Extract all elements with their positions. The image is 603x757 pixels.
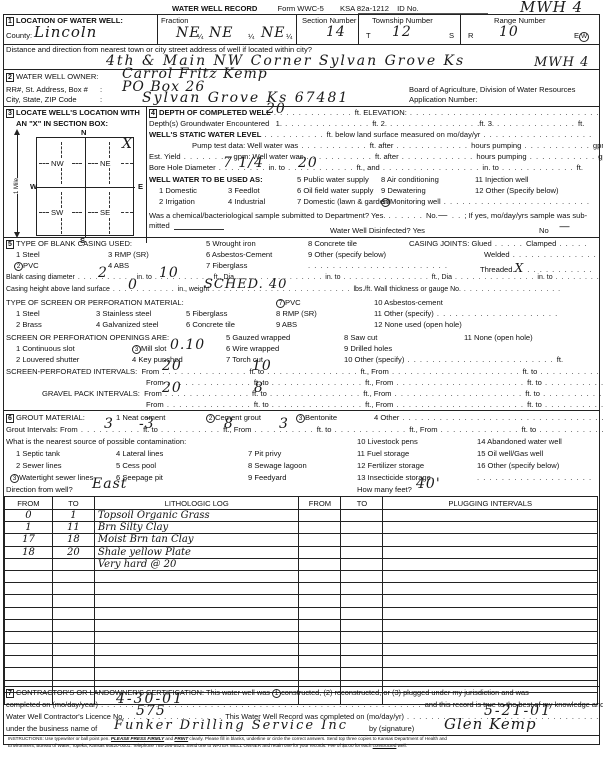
disinfected-mark[interactable]: — xyxy=(559,220,571,233)
cell-plug-from[interactable] xyxy=(299,644,341,656)
ne-label: NE xyxy=(100,159,111,168)
arrow-up-icon xyxy=(14,129,20,135)
contamination-option-selected[interactable]: 3Watertight sewer lines xyxy=(10,473,93,483)
header-lithologic-log: LITHOLOGIC LOG xyxy=(94,497,299,510)
casing-option[interactable]: 3 RMP (SR) xyxy=(108,250,149,259)
blank-dia-row: Blank casing diameter . . . . . . . . . … xyxy=(6,274,603,281)
bore-in-to: in. to xyxy=(269,163,285,172)
divider xyxy=(4,106,599,107)
table-row xyxy=(5,619,598,631)
depth-label: DEPTH OF COMPLETED WELL xyxy=(159,108,271,117)
selected-circle: 7 xyxy=(276,299,285,308)
range-west-circled: W xyxy=(579,32,589,42)
cell-plug-to[interactable] xyxy=(341,656,383,668)
header-from: FROM xyxy=(5,497,53,510)
use-option[interactable]: 6 Oil field water supply xyxy=(297,186,373,195)
hours-pumping: hours pumping xyxy=(476,152,526,161)
cell-plug-to[interactable] xyxy=(341,558,383,570)
cell-from[interactable] xyxy=(5,570,53,582)
cell-plug-from[interactable] xyxy=(299,631,341,643)
fraction-value-3[interactable]: NE xyxy=(261,25,285,41)
cell-desc[interactable]: Moist Brn tan Clay xyxy=(94,534,299,546)
cell-from[interactable] xyxy=(5,558,53,570)
cell-plug-interval[interactable] xyxy=(383,668,598,680)
cell-plug-interval[interactable] xyxy=(383,534,598,546)
contamination-option[interactable]: 16 Other (specify below) xyxy=(477,461,559,470)
cell-from[interactable]: 17 xyxy=(5,534,53,546)
ft-to: ft. to xyxy=(527,400,542,409)
section-number-value[interactable]: 14 xyxy=(326,24,346,40)
gravel-to-value[interactable]: 8 xyxy=(254,380,264,396)
cell-plug-to[interactable] xyxy=(341,534,383,546)
selected-circle: 3 xyxy=(296,414,305,423)
threaded-mark[interactable]: X xyxy=(515,261,525,275)
dash xyxy=(121,212,133,213)
cell-plug-from[interactable] xyxy=(299,534,341,546)
opening-other: 10 Other (specify) xyxy=(344,355,404,364)
screen-option[interactable]: 2 Brass xyxy=(16,320,42,329)
casing-option[interactable]: 8 Concrete tile xyxy=(308,239,357,248)
cell-plug-from[interactable] xyxy=(299,595,341,607)
cell-desc[interactable]: Brn Silty Clay xyxy=(94,522,299,534)
quarter-symbol: ¼ xyxy=(248,32,254,41)
contamination-option[interactable]: 14 Abandoned water well xyxy=(477,437,562,446)
use-option[interactable]: 7 Domestic (lawn & garden) xyxy=(297,197,391,206)
cell-plug-from[interactable] xyxy=(299,570,341,582)
sample-row: Was a chemical/bacteriological sample su… xyxy=(149,210,587,221)
screen-to-value[interactable]: 10 xyxy=(252,358,272,374)
pump-label: Pump test data: Well water was xyxy=(192,141,298,150)
ft-to: ft. to xyxy=(254,400,269,409)
cell-plug-interval[interactable] xyxy=(383,510,598,522)
cell-to[interactable]: 20 xyxy=(52,546,94,558)
selected-circle: 2 xyxy=(14,262,23,271)
bore-label: Bore Hole Diameter xyxy=(149,163,216,172)
disinfected-label: Water Well Disinfected? Yes xyxy=(330,226,425,235)
opening-option[interactable]: 11 None (open hole) xyxy=(464,333,533,342)
sample-label: Was a chemical/bacteriological sample su… xyxy=(149,211,386,220)
blank-diameter-value[interactable]: 2 xyxy=(98,265,108,281)
address-label: RR#, St. Address, Box # xyxy=(6,85,88,94)
cell-desc[interactable]: Topsoil Organic Grass xyxy=(94,510,299,522)
gw-3: .ft. 3. xyxy=(477,119,494,128)
use-option[interactable]: 8 Air conditioning xyxy=(381,175,439,184)
cell-from[interactable] xyxy=(5,595,53,607)
welded: Welded xyxy=(484,250,510,259)
cell-from[interactable]: 1 xyxy=(5,522,53,534)
bore-ft-and: ft., and xyxy=(357,163,380,172)
instr-emphasis: PRINT xyxy=(174,736,188,741)
dash xyxy=(109,192,110,208)
hours-pumping: hours pumping xyxy=(471,141,521,150)
east-label: E xyxy=(138,182,143,191)
gw-2: ft. 2. xyxy=(372,119,387,128)
other-specify-dots: . . . . . . . . . . . . . . . . . . . xyxy=(477,473,592,482)
range-value[interactable]: 10 xyxy=(499,24,519,40)
distance-id: MWH 4 xyxy=(534,55,589,70)
screen-from-value[interactable]: 20 xyxy=(162,358,182,374)
section-number: 2 xyxy=(6,73,14,82)
sample-no-mark[interactable]: — xyxy=(438,210,449,221)
ft-from: ft., From xyxy=(361,367,389,376)
grout-from-2[interactable]: 8 xyxy=(224,416,234,432)
owner-label: 2WATER WELL OWNER: xyxy=(6,72,98,82)
static-rest: ft. below land surface measured on mo/da… xyxy=(327,130,481,139)
cell-to[interactable] xyxy=(52,583,94,595)
blank-dia-label: Blank casing diameter xyxy=(6,274,75,281)
blank-casing-title: 5TYPE OF BLANK CASING USED: xyxy=(6,239,132,249)
cell-from[interactable]: 18 xyxy=(5,546,53,558)
cell-from[interactable] xyxy=(5,644,53,656)
table-row xyxy=(5,656,598,668)
casing-pvc: PVC xyxy=(23,261,39,270)
static-row: WELL'S STATIC WATER LEVEL . . . . . . . … xyxy=(149,130,592,139)
contamination-option[interactable]: 10 Livestock pens xyxy=(357,437,418,446)
feet-value[interactable]: 40' xyxy=(416,476,441,492)
blank-casing-label: TYPE OF BLANK CASING USED: xyxy=(16,239,132,248)
divider xyxy=(146,106,147,243)
instructions-line-1: INSTRUCTIONS: Use typewriter or ball poi… xyxy=(8,736,447,741)
table-row xyxy=(5,570,598,582)
signature-value[interactable]: Glen Kemp xyxy=(444,715,537,733)
cell-plug-interval[interactable] xyxy=(383,558,598,570)
cell-plug-to[interactable] xyxy=(341,631,383,643)
grout-to-2[interactable]: 3 xyxy=(279,416,289,432)
opening-option[interactable]: 2 Louvered shutter xyxy=(16,355,79,364)
cell-desc[interactable] xyxy=(94,570,299,582)
screen-option[interactable]: 8 RMP (SR) xyxy=(276,309,317,318)
depth-row: 4DEPTH OF COMPLETED WELL . . . . . . . .… xyxy=(149,108,603,118)
cell-plug-to[interactable] xyxy=(341,570,383,582)
cell-plug-from[interactable] xyxy=(299,619,341,631)
fraction-value-2[interactable]: NE xyxy=(209,25,233,41)
cell-desc[interactable] xyxy=(94,656,299,668)
cell-to[interactable]: 18 xyxy=(52,534,94,546)
cell-plug-from[interactable] xyxy=(299,546,341,558)
blank-to-value[interactable]: 10 xyxy=(159,265,179,281)
direction-value[interactable]: East xyxy=(92,476,127,492)
cell-desc[interactable] xyxy=(94,583,299,595)
cell-desc[interactable] xyxy=(94,631,299,643)
screen-option[interactable]: 9 ABS xyxy=(276,320,297,329)
certification-row: 7CONTRACTOR'S OR LANDOWNER'S CERTIFICATI… xyxy=(6,688,529,698)
ft-to: ft. to xyxy=(525,389,540,398)
screen-option[interactable]: 1 Steel xyxy=(16,309,40,318)
divider xyxy=(4,686,599,687)
joints-label: CASING JOINTS: Glued xyxy=(409,239,492,248)
sample-mitted: mitted xyxy=(149,221,170,230)
casing-option[interactable]: 7 Fiberglass xyxy=(206,261,247,270)
cell-plug-to[interactable] xyxy=(341,583,383,595)
cell-plug-interval[interactable] xyxy=(383,522,598,534)
cell-to[interactable] xyxy=(52,631,94,643)
cell-from[interactable] xyxy=(5,607,53,619)
table-row: Very hard @ 20 xyxy=(5,558,598,570)
form-number: Form WWC-5 xyxy=(277,4,323,13)
mile-label: 1 Mile xyxy=(14,178,20,194)
cell-desc[interactable]: Shale yellow Plate xyxy=(94,546,299,558)
cell-from[interactable] xyxy=(5,631,53,643)
cell-plug-interval[interactable] xyxy=(383,595,598,607)
contamination-option[interactable]: 9 Feedyard xyxy=(248,473,286,482)
section3-label2: AN "X" IN SECTION BOX: xyxy=(16,119,108,128)
screen-option[interactable]: 3 Stainless steel xyxy=(96,309,151,318)
screen-option[interactable]: 10 Asbestos-cement xyxy=(374,298,443,307)
selected-circle: 10 xyxy=(381,198,390,207)
use-option-selected[interactable]: 10Monitoring well . . . . . . . . . . . … xyxy=(381,197,590,207)
divider xyxy=(296,15,297,44)
cell-plug-interval[interactable] xyxy=(383,644,598,656)
licence-number-value[interactable]: 575 xyxy=(136,703,166,719)
bore-depth-value[interactable]: 20 xyxy=(298,155,318,171)
instr-emphasis: constructed xyxy=(373,743,397,748)
use-option[interactable]: 12 Other (Specify below) xyxy=(475,186,559,195)
cell-to[interactable] xyxy=(52,668,94,680)
table-row xyxy=(5,583,598,595)
west-label: W xyxy=(30,182,37,191)
dash xyxy=(72,163,82,164)
grout-from-1[interactable]: 3 xyxy=(104,416,114,432)
cell-plug-interval[interactable] xyxy=(383,619,598,631)
cell-plug-to[interactable] xyxy=(341,510,383,522)
groundwater-row: Depth(s) Groundwater Encountered 1. . . … xyxy=(149,119,584,128)
gpm: gpm xyxy=(598,152,603,161)
elevation-label: ft. ELEVATION: xyxy=(355,108,407,117)
header-plugging-intervals: PLUGGING INTERVALS xyxy=(383,497,598,510)
watertight-sewer-lines: Watertight sewer lines xyxy=(19,473,93,482)
threaded-row: Threaded.X . . . . . . . . . . . xyxy=(480,261,593,275)
table-row: 1820Shale yellow Plate xyxy=(5,546,598,558)
bore-diameter-value[interactable]: 7 1/4 xyxy=(223,155,264,171)
constructed-circle[interactable]: 1 xyxy=(272,689,281,698)
cell-plug-interval[interactable] xyxy=(383,583,598,595)
cell-plug-to[interactable] xyxy=(341,595,383,607)
feet-label: How many feet? xyxy=(357,485,412,494)
from: From xyxy=(141,367,159,376)
depth-value[interactable]: 20 xyxy=(266,101,286,117)
section-number: 3 xyxy=(6,109,14,118)
opening-option[interactable]: 8 Saw cut xyxy=(344,333,377,342)
disinfected-no: No xyxy=(539,226,549,235)
cell-desc[interactable] xyxy=(94,668,299,680)
contamination-option[interactable]: 4 Lateral lines xyxy=(116,449,163,458)
casing-option[interactable]: 4 ABS xyxy=(108,261,129,270)
ft-from: ft., From xyxy=(365,400,393,409)
ft-dia: ft., Dia xyxy=(432,274,452,281)
north-label: N xyxy=(81,128,86,137)
fraction-label: Fraction xyxy=(161,16,188,25)
gravel-from-value[interactable]: 20 xyxy=(162,380,182,396)
dash xyxy=(61,192,62,208)
section-number: 5 xyxy=(6,240,14,249)
section-box[interactable]: NW NE SW SE X xyxy=(36,137,134,236)
grout-option-selected[interactable]: 3Bentonite xyxy=(296,413,337,423)
use-option[interactable]: 2 Irrigation xyxy=(159,197,195,206)
business-name-value[interactable]: Funker Drilling Service Inc xyxy=(114,718,348,733)
grout-to-1[interactable]: -3 xyxy=(139,416,155,432)
cell-plug-to[interactable] xyxy=(341,522,383,534)
cell-from[interactable] xyxy=(5,668,53,680)
county-value[interactable]: Lincoln xyxy=(34,23,97,41)
cell-to[interactable] xyxy=(52,619,94,631)
cell-to[interactable] xyxy=(52,558,94,570)
from: From xyxy=(144,389,162,398)
screen-other: 11 Other (specify) xyxy=(374,309,434,318)
from: From xyxy=(146,400,164,409)
cell-plug-to[interactable] xyxy=(341,644,383,656)
cell-to[interactable] xyxy=(52,570,94,582)
form-title: WATER WELL RECORD Form WWC-5 KSA 82a-121… xyxy=(172,4,419,13)
bentonite: Bentonite xyxy=(305,413,337,422)
cell-desc[interactable] xyxy=(94,607,299,619)
cell-plug-from[interactable] xyxy=(299,558,341,570)
contamination-option[interactable]: 5 Cess pool xyxy=(116,461,156,470)
cell-plug-from[interactable] xyxy=(299,522,341,534)
cell-from[interactable] xyxy=(5,656,53,668)
screen-option-selected[interactable]: 7PVC xyxy=(276,298,301,308)
divider xyxy=(37,187,135,188)
underline xyxy=(174,229,224,230)
contamination-option[interactable]: 2 Sewer lines xyxy=(16,461,62,470)
business-label: under the business name of xyxy=(6,724,97,733)
grout-intervals-row: Grout Intervals: From . . . . . . . . . … xyxy=(6,425,603,434)
use-option[interactable]: 4 Industrial xyxy=(228,197,265,206)
cell-plug-to[interactable] xyxy=(341,619,383,631)
table-row xyxy=(5,607,598,619)
casing-option[interactable]: 9 Other (specify below) xyxy=(308,250,386,259)
township-value[interactable]: 12 xyxy=(392,24,412,40)
form-title-text: WATER WELL RECORD xyxy=(172,4,257,13)
table-row: 1718Moist Brn tan Clay xyxy=(5,534,598,546)
cell-plug-from[interactable] xyxy=(299,583,341,595)
contamination-option[interactable]: 1 Septic tank xyxy=(16,449,60,458)
threaded: Threaded. xyxy=(480,265,515,274)
cell-from[interactable]: 0 xyxy=(5,510,53,522)
cell-plug-to[interactable] xyxy=(341,668,383,680)
cell-desc[interactable]: Very hard @ 20 xyxy=(94,558,299,570)
cell-desc[interactable] xyxy=(94,619,299,631)
cell-plug-interval[interactable] xyxy=(383,656,598,668)
screen-option[interactable]: 6 Concrete tile xyxy=(186,320,235,329)
cell-to[interactable] xyxy=(52,595,94,607)
wall-label: lbs./ft. Wall thickness or gauge No. xyxy=(353,286,461,293)
in-to: in. to xyxy=(537,274,552,281)
bore-in-to-2: in. to xyxy=(482,163,498,172)
sample-rest: ; If yes, mo/day/yrs sample was sub- xyxy=(464,211,587,220)
cell-plug-to[interactable] xyxy=(341,546,383,558)
cell-desc[interactable] xyxy=(94,644,299,656)
casing-option[interactable]: 1 Steel xyxy=(16,250,40,259)
gw-end: ft. xyxy=(578,119,584,128)
dash xyxy=(88,163,98,164)
board-label: Board of Agriculture, Division of Water … xyxy=(409,85,575,94)
casing-option[interactable]: 5 Wrought iron xyxy=(206,239,256,248)
pump-row: Pump test data: Well water was . . . . .… xyxy=(192,141,603,150)
cell-plug-from[interactable] xyxy=(299,668,341,680)
contamination-label: What is the nearest source of possible c… xyxy=(6,437,186,446)
cell-plug-to[interactable] xyxy=(341,607,383,619)
casing-option[interactable]: 6 Asbestos-Cement xyxy=(206,250,272,259)
cell-to[interactable]: 11 xyxy=(52,522,94,534)
cell-to[interactable] xyxy=(52,644,94,656)
cell-plug-from[interactable] xyxy=(299,510,341,522)
bore-row: Bore Hole Diameter . . . . . . . . in. t… xyxy=(149,163,583,172)
cell-plug-interval[interactable] xyxy=(383,631,598,643)
cell-to[interactable] xyxy=(52,656,94,668)
cell-desc[interactable] xyxy=(94,595,299,607)
use-option[interactable]: 11 Injection well xyxy=(475,175,528,184)
section-number: 4 xyxy=(149,109,157,118)
screen-option[interactable]: 4 Galvanized steel xyxy=(96,320,158,329)
dash xyxy=(61,168,62,184)
cell-plug-interval[interactable] xyxy=(383,570,598,582)
opening-option[interactable]: 6 Wire wrapped xyxy=(226,344,279,353)
screen-option[interactable]: 5 Fiberglass xyxy=(186,309,227,318)
grout-other-row[interactable]: 4 Other . . . . . . . . . . . . . . . . … xyxy=(374,413,603,422)
range-direction[interactable]: EW xyxy=(574,31,589,42)
opening-other-row[interactable]: 10 Other (specify) . . . . . . . . . . .… xyxy=(344,355,563,364)
opening-option[interactable]: 9 Drilled holes xyxy=(344,344,392,353)
cell-plug-interval[interactable] xyxy=(383,546,598,558)
bore-ft: ft. xyxy=(577,163,583,172)
instr-text: INSTRUCTIONS: Use typewriter or ball poi… xyxy=(8,736,111,741)
cell-plug-interval[interactable] xyxy=(383,607,598,619)
opening-option[interactable]: 5 Gauzed wrapped xyxy=(226,333,290,342)
direction-label: Direction from well? xyxy=(6,485,73,494)
openings-label: SCREEN OR PERFORATION OPENINGS ARE: xyxy=(6,333,169,342)
opening-option-selected[interactable]: 3Mill slot xyxy=(132,344,166,354)
contamination-option[interactable]: 12 Fertilizer storage xyxy=(357,461,424,470)
other-specify-dots: . . . . . . . . . . . . . . . . . . . . … xyxy=(308,261,448,270)
contamination-option[interactable]: 15 Oil well/Gas well xyxy=(477,449,543,458)
use-option[interactable]: 1 Domestic xyxy=(159,186,197,195)
cell-to[interactable] xyxy=(52,607,94,619)
in-to: in. to xyxy=(137,274,152,281)
screen-option[interactable]: 12 None used (open hole) xyxy=(374,320,462,329)
divider xyxy=(157,15,158,44)
township-prefix: T xyxy=(366,31,371,40)
city-value[interactable]: Sylvan Grove Ks 67481 xyxy=(142,90,349,106)
contamination-option[interactable]: 7 Pit privy xyxy=(248,449,281,458)
cell-to[interactable]: 1 xyxy=(52,510,94,522)
casing-height-value[interactable]: 0 xyxy=(128,277,138,293)
cell-from[interactable] xyxy=(5,583,53,595)
screen-material-label: TYPE OF SCREEN OR PERFORATION MATERIAL: xyxy=(6,298,184,307)
instr-text: Environment, Bureau of Water, Topeka, Ka… xyxy=(8,743,373,748)
cell-plug-from[interactable] xyxy=(299,607,341,619)
casing-weight-value[interactable]: SCHED. 40 xyxy=(204,277,287,292)
use-option[interactable]: 3 Feedlot xyxy=(228,186,260,195)
cert-text-2: constructed, (2) reconstructed, or (3) p… xyxy=(281,688,529,697)
table-row xyxy=(5,668,598,680)
contamination-option[interactable]: 8 Sewage lagoon xyxy=(248,461,307,470)
mill-slot-value[interactable]: 0.10 xyxy=(170,337,205,353)
casing-option-selected[interactable]: 2PVC xyxy=(14,261,39,271)
screen-other-row[interactable]: 11 Other (specify) . . . . . . . . . . .… xyxy=(374,309,558,318)
ft-to: ft. to xyxy=(527,378,542,387)
divider xyxy=(460,15,461,44)
cell-plug-from[interactable] xyxy=(299,656,341,668)
height-label: Casing height above land surface xyxy=(6,286,110,293)
divider xyxy=(358,15,359,44)
use-option[interactable]: 9 Dewatering xyxy=(381,186,426,195)
header-to: TO xyxy=(52,497,94,510)
table-row xyxy=(5,644,598,656)
cell-from[interactable] xyxy=(5,619,53,631)
use-option[interactable]: 5 Public water supply xyxy=(297,175,369,184)
opening-option[interactable]: 1 Continuous slot xyxy=(16,344,75,353)
contamination-option[interactable]: 11 Fuel storage xyxy=(357,449,409,458)
